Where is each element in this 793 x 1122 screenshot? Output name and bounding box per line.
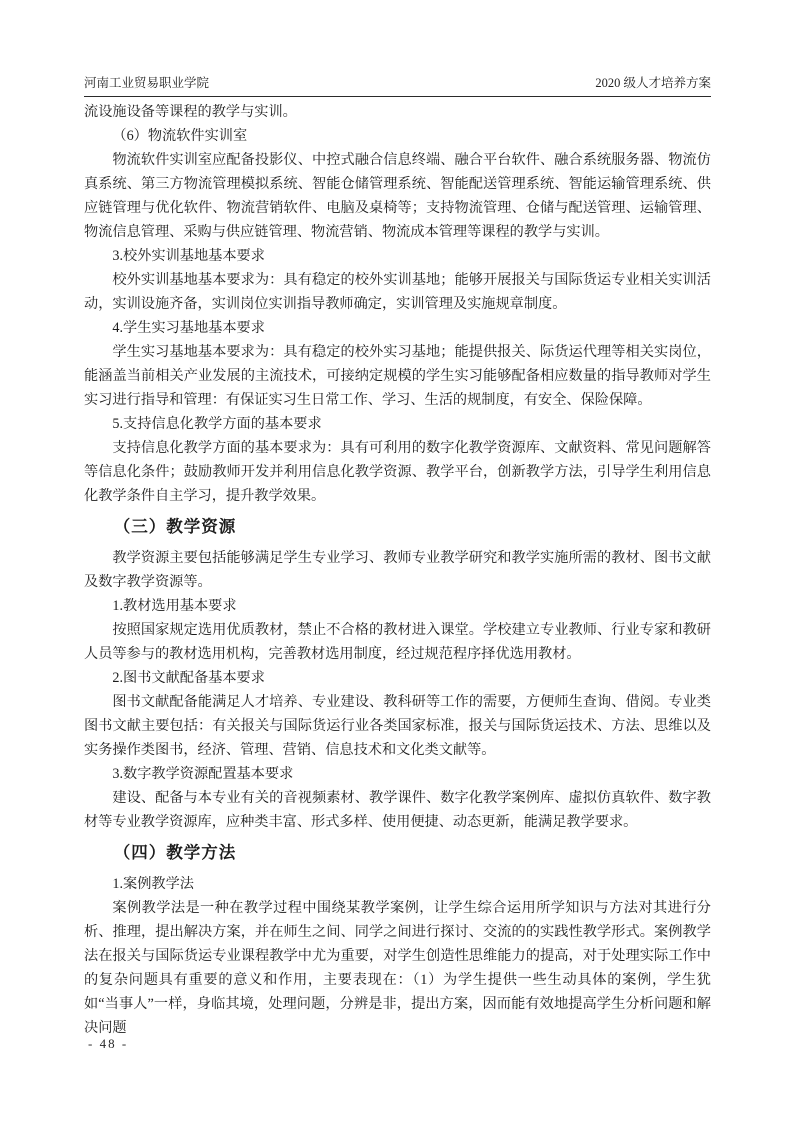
- document-body: 流设施设备等课程的教学与实训。 （6）物流软件实训室 物流软件实训室应配备投影仪…: [84, 100, 711, 1040]
- subitem-3-title: 3.数字教学资源配置基本要求: [84, 762, 711, 786]
- subitem-2-title: 2.图书文献配备基本要求: [84, 666, 711, 690]
- header-document-title: 2020 级人才培养方案: [595, 76, 711, 91]
- subitem-4-title: 4.学生实习基地基本要求: [84, 316, 711, 340]
- paragraph: 学生实习基地基本要求为：具有稳定的校外实习基地；能提供报关、际货运代理等相关实岗…: [84, 340, 711, 412]
- paragraph: 物流软件实训室应配备投影仪、中控式融合信息终端、融合平台软件、融合系统服务器、物…: [84, 148, 711, 244]
- page-number: - 48 -: [88, 1036, 128, 1052]
- document-page: 河南工业贸易职业学院 2020 级人才培养方案 流设施设备等课程的教学与实训。 …: [0, 0, 793, 1122]
- page-header: 河南工业贸易职业学院 2020 级人才培养方案: [84, 76, 711, 97]
- paragraph: 教学资源主要包括能够满足学生专业学习、教师专业教学研究和教学实施所需的教材、图书…: [84, 546, 711, 594]
- section-heading-teaching-methods: （四）教学方法: [84, 841, 711, 865]
- paragraph: 建设、配备与本专业有关的音视频素材、教学课件、数字化教学案例库、虚拟仿真软件、数…: [84, 786, 711, 834]
- paragraph: 校外实训基地基本要求为：具有稳定的校外实训基地；能够开展报关与国际货运专业相关实…: [84, 268, 711, 316]
- paragraph: 图书文献配备能满足人才培养、专业建设、教科研等工作的需要，方便师生查询、借阅。专…: [84, 690, 711, 762]
- header-school-name: 河南工业贸易职业学院: [84, 76, 209, 91]
- paragraph: 按照国家规定选用优质教材，禁止不合格的教材进入课堂。学校建立专业教师、行业专家和…: [84, 618, 711, 666]
- section-heading-teaching-resources: （三）教学资源: [84, 515, 711, 539]
- subitem-5-title: 5.支持信息化教学方面的基本要求: [84, 412, 711, 436]
- subitem-case-method-title: 1.案例教学法: [84, 872, 711, 896]
- subitem-1-title: 1.教材选用基本要求: [84, 594, 711, 618]
- list-item-6-title: （6）物流软件实训室: [84, 124, 711, 148]
- paragraph: 案例教学法是一种在教学过程中围绕某教学案例，让学生综合运用所学知识与方法对其进行…: [84, 896, 711, 1040]
- paragraph: 流设施设备等课程的教学与实训。: [84, 100, 711, 124]
- paragraph: 支持信息化教学方面的基本要求为：具有可利用的数字化教学资源库、文献资料、常见问题…: [84, 436, 711, 508]
- subitem-3-title: 3.校外实训基地基本要求: [84, 244, 711, 268]
